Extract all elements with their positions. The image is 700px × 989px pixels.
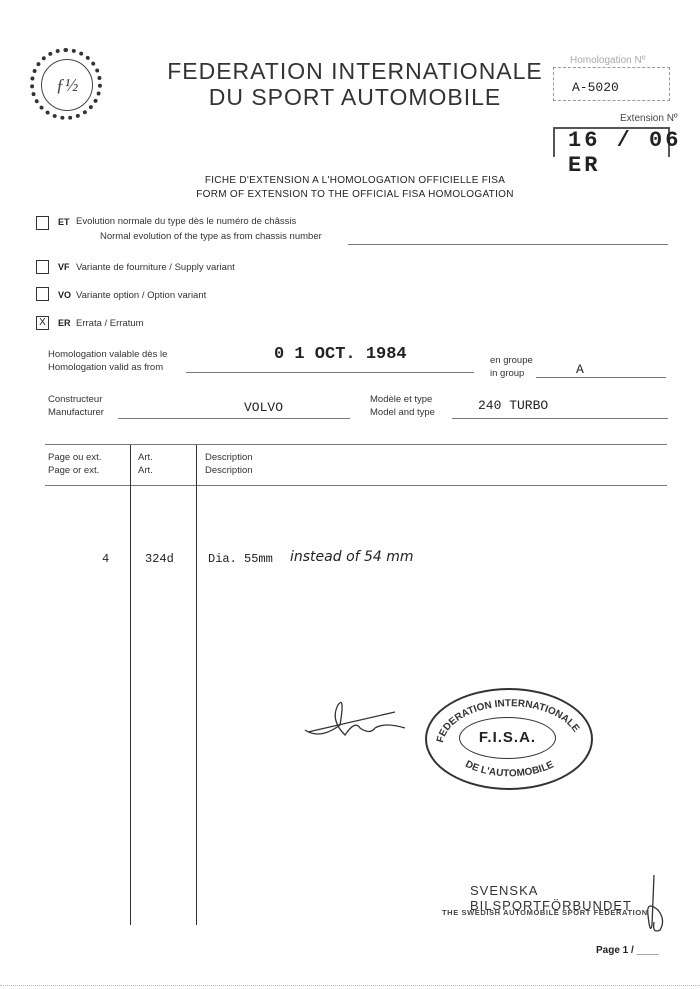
option-code-vo: VO	[58, 290, 71, 300]
fisa-stamp: FEDERATION INTERNATIONALE DE L'AUTOMOBIL…	[425, 688, 593, 790]
header-description-fr: Description	[205, 451, 253, 464]
manufacturer-value: VOLVO	[244, 400, 283, 415]
row-description-handwritten: instead of 54 mm	[290, 549, 414, 565]
document-title: FEDERATION INTERNATIONALE DU SPORT AUTOM…	[160, 58, 550, 110]
group-label: en groupe in group	[490, 354, 533, 380]
subtitle-fr: FICHE D'EXTENSION A L'HOMOLOGATION OFFIC…	[170, 174, 540, 188]
header-description-en: Description	[205, 464, 253, 477]
option-label-et: Evolution normale du type dès le numéro …	[76, 216, 296, 227]
valid-from-label-fr: Homologation valable dès le	[48, 348, 167, 361]
manufacturer-line	[118, 418, 350, 419]
initials-icon	[640, 870, 670, 940]
row-description-typed: Dia. 55mm	[208, 552, 273, 566]
checkbox-er[interactable]: X	[36, 316, 49, 330]
group-label-fr: en groupe	[490, 354, 533, 367]
extension-label: Extension Nº	[620, 113, 678, 124]
checkbox-et[interactable]	[36, 216, 49, 230]
valid-from-label-en: Homologation valid as from	[48, 361, 167, 374]
option-code-et: ET	[58, 217, 70, 227]
table-column-divider-1	[130, 445, 131, 925]
stamp-center: F.I.S.A.	[459, 717, 556, 759]
option-code-vf: VF	[58, 262, 70, 272]
extension-number: 16 / 06 ER	[568, 128, 700, 178]
option-code-er: ER	[58, 318, 71, 328]
header-page-fr: Page ou ext.	[48, 451, 101, 464]
group-label-en: in group	[490, 367, 533, 380]
table-top-rule	[45, 444, 667, 445]
homologation-label: Homologation Nº	[570, 55, 645, 66]
model-value: 240 TURBO	[478, 398, 548, 413]
fia-seal-icon: ƒ½	[41, 59, 93, 111]
manufacturer-label-en: Manufacturer	[48, 406, 104, 419]
option-label-vo: Variante option / Option variant	[76, 290, 206, 301]
fia-seal-logo: ƒ½	[30, 48, 102, 120]
option-label-er: Errata / Erratum	[76, 318, 144, 329]
checkbox-vo[interactable]	[36, 287, 49, 301]
valid-from-line	[186, 372, 474, 373]
svg-text:DE L'AUTOMOBILE: DE L'AUTOMOBILE	[463, 758, 556, 779]
option-label-vf: Variante de fourniture / Supply variant	[76, 262, 235, 273]
table-column-divider-2	[196, 445, 197, 925]
group-line	[536, 377, 666, 378]
manufacturer-label-fr: Constructeur	[48, 393, 104, 406]
homologation-number: A-5020	[572, 80, 619, 95]
valid-from-label: Homologation valable dès le Homologation…	[48, 348, 167, 374]
title-line-2: DU SPORT AUTOMOBILE	[160, 84, 550, 110]
model-label-fr: Modèle et type	[370, 393, 435, 406]
table-header-description: Description Description	[205, 451, 253, 477]
table-header-art: Art. Art.	[138, 451, 153, 477]
header-art-fr: Art.	[138, 451, 153, 464]
valid-from-value: 0 1 OCT. 1984	[274, 345, 407, 364]
federation-name-en: THE SWEDISH AUTOMOBILE SPORT FEDERATION	[442, 908, 648, 917]
form-subtitle: FICHE D'EXTENSION A L'HOMOLOGATION OFFIC…	[170, 174, 540, 202]
group-value: A	[576, 362, 584, 377]
model-label: Modèle et type Model and type	[370, 393, 435, 419]
header-page-en: Page or ext.	[48, 464, 101, 477]
subtitle-en: FORM OF EXTENSION TO THE OFFICIAL FISA H…	[170, 188, 540, 202]
model-label-en: Model and type	[370, 406, 435, 419]
page-edge	[0, 985, 700, 986]
checkbox-vf[interactable]	[36, 260, 49, 274]
row-art: 324d	[145, 552, 174, 566]
manufacturer-label: Constructeur Manufacturer	[48, 393, 104, 419]
chassis-number-line	[348, 244, 668, 245]
row-page: 4	[102, 552, 109, 566]
table-header-rule	[45, 485, 667, 486]
table-header-page: Page ou ext. Page or ext.	[48, 451, 101, 477]
header-art-en: Art.	[138, 464, 153, 477]
signature-icon	[300, 690, 410, 750]
page-number: Page 1 / ____	[596, 945, 659, 956]
option-label-et-en: Normal evolution of the type as from cha…	[100, 231, 322, 242]
model-line	[452, 418, 668, 419]
title-line-1: FEDERATION INTERNATIONALE	[160, 58, 550, 84]
